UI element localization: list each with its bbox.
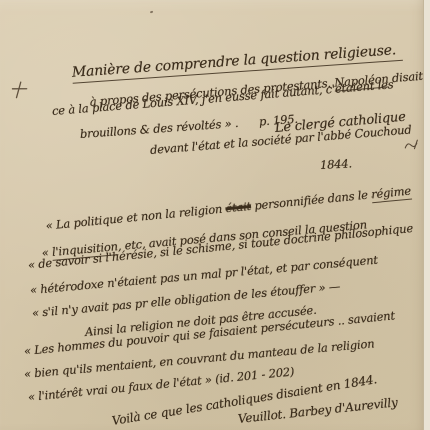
flourish-mark bbox=[403, 135, 421, 156]
margin-cross-icon bbox=[8, 79, 30, 106]
quote1-line-1-underlined: régime bbox=[371, 184, 412, 204]
manuscript-page: Manière de comprendre la question religi… bbox=[0, 0, 430, 430]
reference-year: 1844. bbox=[320, 156, 353, 172]
ink-speck bbox=[150, 11, 153, 13]
paper-edge bbox=[423, 0, 430, 430]
